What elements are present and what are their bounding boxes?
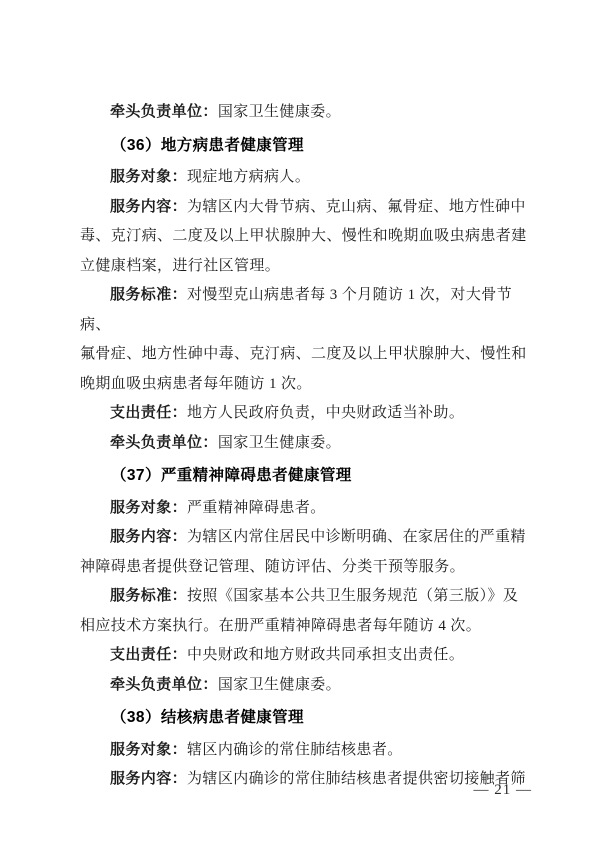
section-heading-37: （37）严重精神障碍患者健康管理 [80, 461, 538, 491]
para-service-standard-36: 服务标准：对慢型克山病患者每 3 个月随访 1 次，对大骨节病、 氟骨症、地方性… [80, 281, 538, 399]
field-label-service-target: 服务对象： [110, 500, 187, 516]
field-text-service-target: 现症地方病病人。 [187, 169, 310, 185]
field-label-service-standard: 服务标准： [110, 588, 187, 604]
document-page: 牵头负责单位：国家卫生健康委。 （36）地方病患者健康管理 服务对象：现症地方病… [0, 0, 610, 864]
para-lead-agency-36: 牵头负责单位：国家卫生健康委。 [80, 429, 538, 459]
para-service-content-37: 服务内容：为辖区内常住居民中诊断明确、在家居住的严重精 神障碍患者提供登记管理、… [80, 523, 538, 582]
section-heading-38: （38）结核病患者健康管理 [80, 703, 538, 733]
document-body: 牵头负责单位：国家卫生健康委。 （36）地方病患者健康管理 服务对象：现症地方病… [80, 98, 538, 795]
field-text-lead-agency: 国家卫生健康委。 [218, 677, 341, 693]
field-text-expenditure: 中央财政和地方财政共同承担支出责任。 [187, 647, 464, 663]
para-expenditure-36: 支出责任：地方人民政府负责，中央财政适当补助。 [80, 399, 538, 429]
field-label-service-standard: 服务标准： [110, 287, 187, 303]
para-lead-agency-35: 牵头负责单位：国家卫生健康委。 [80, 98, 538, 128]
para-service-target-38: 服务对象：辖区内确诊的常住肺结核患者。 [80, 736, 538, 766]
field-text-lead-agency: 国家卫生健康委。 [218, 104, 341, 120]
field-label-service-content: 服务内容： [110, 199, 187, 215]
field-label-service-target: 服务对象： [110, 742, 187, 758]
field-label-lead-agency: 牵头负责单位： [110, 677, 218, 693]
field-text-expenditure: 地方人民政府负责，中央财政适当补助。 [187, 405, 464, 421]
field-label-service-content: 服务内容： [110, 771, 187, 787]
para-service-standard-37: 服务标准：按照《国家基本公共卫生服务规范（第三版）》及 相应技术方案执行。在册严… [80, 582, 538, 641]
field-label-service-target: 服务对象： [110, 169, 187, 185]
para-service-content-36: 服务内容：为辖区内大骨节病、克山病、氟骨症、地方性砷中 毒、克汀病、二度及以上甲… [80, 193, 538, 282]
field-text-service-target: 严重精神障碍患者。 [187, 500, 326, 516]
para-lead-agency-37: 牵头负责单位：国家卫生健康委。 [80, 671, 538, 701]
para-service-target-37: 服务对象：严重精神障碍患者。 [80, 494, 538, 524]
field-text-service-target: 辖区内确诊的常住肺结核患者。 [187, 742, 403, 758]
field-label-lead-agency: 牵头负责单位： [110, 435, 218, 451]
field-label-lead-agency: 牵头负责单位： [110, 104, 218, 120]
page-number: — 21 — [474, 778, 533, 802]
para-expenditure-37: 支出责任：中央财政和地方财政共同承担支出责任。 [80, 641, 538, 671]
field-label-service-content: 服务内容： [110, 529, 187, 545]
field-label-expenditure: 支出责任： [110, 405, 187, 421]
para-service-content-38: 服务内容：为辖区内确诊的常住肺结核患者提供密切接触者筛 [80, 765, 538, 795]
para-service-target-36: 服务对象：现症地方病病人。 [80, 163, 538, 193]
field-text-lead-agency: 国家卫生健康委。 [218, 435, 341, 451]
section-heading-36: （36）地方病患者健康管理 [80, 131, 538, 161]
field-label-expenditure: 支出责任： [110, 647, 187, 663]
